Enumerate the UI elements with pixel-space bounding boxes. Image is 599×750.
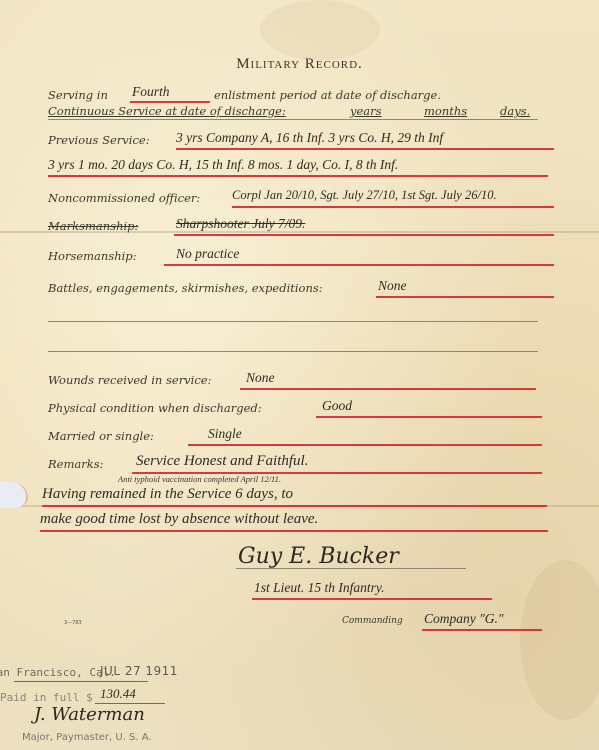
commanding-label: Commanding (342, 616, 403, 626)
noncommissioned-row: Noncommissioned officer: Corpl Jan 20/10… (48, 186, 548, 208)
remarks-row: Remarks: Service Honest and Faithful. (48, 452, 548, 474)
remarks-line1: Service Honest and Faithful. (136, 453, 308, 470)
red-underline (316, 416, 542, 418)
paymaster-signature: J. Waterman (34, 704, 145, 725)
remarks-row-3: make good time lost by absence without l… (40, 510, 540, 532)
red-underline (48, 175, 548, 177)
stamp-rule (14, 681, 148, 682)
marksmanship-row: Marksmanship: Sharpshooter July 7/09. (48, 214, 548, 236)
document-paper: Military Record. Serving in Fourth enlis… (0, 0, 599, 750)
commanding-officer-signature: Guy E. Bucker (238, 544, 399, 569)
physical-condition-value: Good (322, 398, 352, 414)
battles-value: None (378, 278, 407, 294)
wounds-row: Wounds received in service: None (48, 368, 548, 390)
rank-unit: 1st Lieut. 15 th Infantry. (254, 580, 385, 596)
horsemanship-row: Horsemanship: No practice (48, 244, 548, 266)
red-underline (376, 296, 554, 298)
company-value: Company "G." (424, 611, 504, 627)
previous-service-label: Previous Service: (48, 133, 150, 147)
red-underline (240, 388, 536, 390)
red-underline (42, 505, 547, 507)
remarks-annotation: Anti typhoid vaccination completed April… (118, 474, 281, 484)
continuous-service-row: Continuous Service at date of discharge:… (48, 102, 548, 124)
document-title: Military Record. (0, 56, 599, 73)
remarks-row-2: Having remained in the Service 6 days, t… (42, 485, 542, 507)
noncommissioned-label: Noncommissioned officer: (48, 191, 200, 205)
marksmanship-label: Marksmanship: (48, 219, 138, 233)
blank-rule (48, 321, 538, 322)
physical-condition-row: Physical condition when discharged: Good (48, 396, 548, 418)
stamp-paid-label: Paid in full $ (0, 691, 93, 704)
months-label: months (424, 104, 467, 118)
stain (520, 560, 599, 720)
previous-service-row: Previous Service: 3 yrs Company A, 16 th… (48, 128, 548, 150)
signature-rule (236, 568, 466, 569)
previous-service-line2: 3 yrs 1 mo. 20 days Co. H, 15 th Inf. 8 … (48, 157, 398, 173)
continuous-service-label: Continuous Service at date of discharge: (48, 104, 286, 118)
physical-condition-label: Physical condition when discharged: (48, 401, 262, 415)
serving-value: Fourth (132, 84, 170, 100)
serving-label-pre: Serving in (48, 88, 108, 102)
red-underline (176, 148, 554, 150)
battles-row: Battles, engagements, skirmishes, expedi… (48, 276, 548, 298)
torn-edge (0, 482, 28, 508)
red-underline (40, 530, 548, 532)
days-label: days. (500, 104, 530, 118)
red-underline (252, 598, 492, 600)
horsemanship-value: No practice (176, 246, 239, 262)
remarks-line2: Having remained in the Service 6 days, t… (42, 486, 293, 503)
marital-status-row: Married or single: Single (48, 424, 548, 446)
battles-label: Battles, engagements, skirmishes, expedi… (48, 281, 323, 295)
marksmanship-value: Sharpshooter July 7/09. (176, 216, 305, 232)
form-number: 3—783 (64, 620, 82, 626)
stamp-place: San Francisco, Cal. (0, 666, 116, 679)
horsemanship-label: Horsemanship: (48, 249, 137, 263)
serving-label-post: enlistment period at date of discharge. (214, 88, 441, 102)
marital-status-value: Single (208, 426, 242, 442)
previous-service-line1: 3 yrs Company A, 16 th Inf. 3 yrs Co. H,… (176, 130, 443, 146)
noncommissioned-value: Corpl Jan 20/10, Sgt. July 27/10, 1st Sg… (232, 188, 497, 203)
remarks-line3: make good time lost by absence without l… (40, 511, 318, 528)
red-underline (174, 234, 554, 236)
wounds-value: None (246, 370, 275, 386)
paymaster-title: Major, Paymaster, U. S. A. (22, 732, 152, 743)
years-label: years (350, 104, 382, 118)
marital-status-label: Married or single: (48, 429, 154, 443)
red-underline (164, 264, 554, 266)
stamp-date: JUL 27 1911 (100, 664, 178, 678)
wounds-label: Wounds received in service: (48, 373, 211, 387)
red-underline (232, 206, 554, 208)
rule (48, 119, 538, 120)
previous-service-row-2: 3 yrs 1 mo. 20 days Co. H, 15 th Inf. 8 … (48, 155, 548, 177)
stamp-amount: 130.44 (100, 686, 136, 702)
remarks-label: Remarks: (48, 457, 103, 471)
red-underline (422, 629, 542, 631)
blank-rule (48, 351, 538, 352)
stain (260, 0, 380, 60)
red-underline (188, 444, 542, 446)
